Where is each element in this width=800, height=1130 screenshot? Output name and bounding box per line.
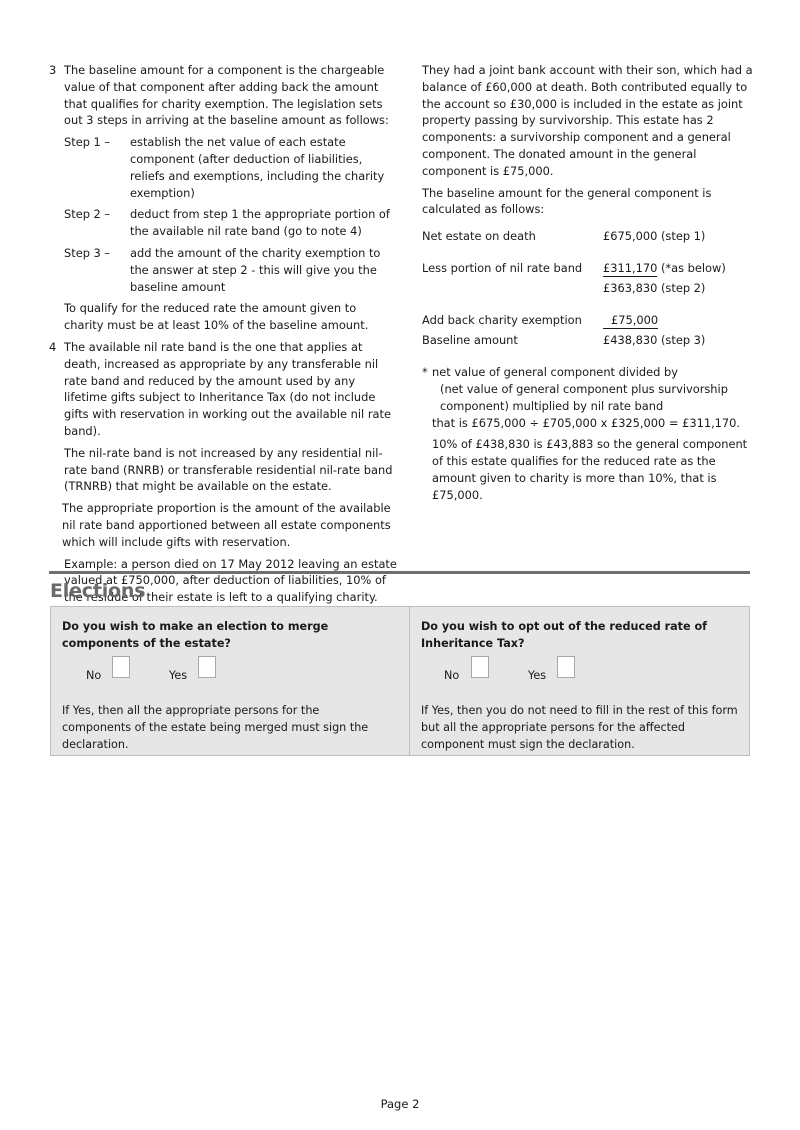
- calc-label: Baseline amount: [422, 332, 603, 349]
- calc-label: Less portion of nil rate band: [422, 260, 603, 277]
- calc-amount: £311,170: [603, 261, 657, 277]
- merge-election-panel: Do you wish to make an election to merge…: [50, 606, 410, 756]
- calc-amount: £438,830: [603, 333, 657, 347]
- calc-label: Net estate on death: [422, 228, 603, 245]
- opt-out-no-label: No: [444, 669, 459, 682]
- calc-row-baseline: Baseline amount £438,830 (step 3): [422, 332, 757, 352]
- step-label: Step 1 –: [64, 134, 110, 151]
- note-number: 3: [49, 62, 56, 79]
- calc-row-nil-rate-band: Less portion of nil rate band £311,170 (…: [422, 260, 757, 280]
- merge-no-label: No: [86, 669, 101, 682]
- example-continued: They had a joint bank account with their…: [422, 62, 757, 180]
- footnote-rest: (net value of general component plus sur…: [432, 381, 757, 415]
- calc-note: (step 2): [657, 281, 705, 295]
- merge-no-checkbox[interactable]: [112, 656, 130, 678]
- footnote-asterisk: *: [422, 364, 428, 381]
- footnote-line-1: net value of general component divided b…: [432, 364, 757, 381]
- merge-options: No Yes: [51, 656, 409, 682]
- note-4-paragraph-2: The nil-rate band is not increased by an…: [49, 445, 399, 495]
- opt-out-options: No Yes: [410, 656, 749, 682]
- note-4: 4 The available nil rate band is the one…: [49, 339, 399, 440]
- note-4-paragraph-1: The available nil rate band is the one t…: [64, 339, 399, 440]
- calc-amount: £675,000: [603, 229, 657, 243]
- footnote-conclusion: 10% of £438,830 is £43,883 so the genera…: [432, 436, 757, 503]
- merge-yes-label: Yes: [169, 669, 187, 682]
- notes-right-column: They had a joint bank account with their…: [422, 62, 757, 509]
- step-label: Step 2 –: [64, 206, 110, 223]
- notes-left-column: 3 The baseline amount for a component is…: [49, 62, 399, 611]
- note-number: 4: [49, 339, 56, 356]
- step-text: add the amount of the charity exemption …: [130, 245, 399, 295]
- step-label: Step 3 –: [64, 245, 110, 262]
- step-text: establish the net value of each estate c…: [130, 134, 399, 201]
- merge-question: Do you wish to make an election to merge…: [62, 618, 382, 652]
- section-divider: [49, 571, 750, 574]
- calc-label: Add back charity exemption: [422, 312, 603, 329]
- footnote-formula: that is £675,000 ÷ £705,000 x £325,000 =…: [432, 415, 757, 432]
- opt-out-yes-checkbox[interactable]: [557, 656, 575, 678]
- merge-help-text: If Yes, then all the appropriate persons…: [62, 702, 387, 753]
- note-4-paragraph-3: The appropriate proportion is the amount…: [49, 500, 399, 550]
- section-title: Elections: [50, 580, 145, 602]
- opt-out-help-text: If Yes, then you do not need to fill in …: [421, 702, 746, 753]
- calc-row-charity: Add back charity exemption £75,000: [422, 312, 757, 332]
- opt-out-yes-label: Yes: [528, 669, 546, 682]
- step-3: Step 3 – add the amount of the charity e…: [64, 245, 399, 295]
- merge-yes-checkbox[interactable]: [198, 656, 216, 678]
- calc-amount: £363,830: [603, 281, 657, 295]
- page-number: Page 2: [0, 1097, 800, 1111]
- baseline-calculation: Net estate on death £675,000 (step 1) Le…: [422, 228, 757, 352]
- step-2: Step 2 – deduct from step 1 the appropri…: [64, 206, 399, 240]
- calc-row-step-2: £363,830 (step 2): [422, 280, 757, 300]
- opt-out-no-checkbox[interactable]: [471, 656, 489, 678]
- step-1: Step 1 – establish the net value of each…: [64, 134, 399, 201]
- calc-row-net-estate: Net estate on death £675,000 (step 1): [422, 228, 757, 248]
- step-text: deduct from step 1 the appropriate porti…: [130, 206, 399, 240]
- calc-note: (*as below): [657, 261, 725, 275]
- opt-out-question: Do you wish to opt out of the reduced ra…: [421, 618, 741, 652]
- note-3-outro: To qualify for the reduced rate the amou…: [49, 300, 399, 334]
- calc-note: (step 1): [657, 229, 705, 243]
- note-3: 3 The baseline amount for a component is…: [49, 62, 399, 129]
- opt-out-panel: Do you wish to opt out of the reduced ra…: [409, 606, 750, 756]
- calc-note: (step 3): [657, 333, 705, 347]
- calculation-footnote: * net value of general component divided…: [422, 364, 757, 503]
- calc-amount: £75,000: [603, 313, 658, 329]
- baseline-intro: The baseline amount for the general comp…: [422, 185, 757, 219]
- note-3-intro: The baseline amount for a component is t…: [64, 62, 399, 129]
